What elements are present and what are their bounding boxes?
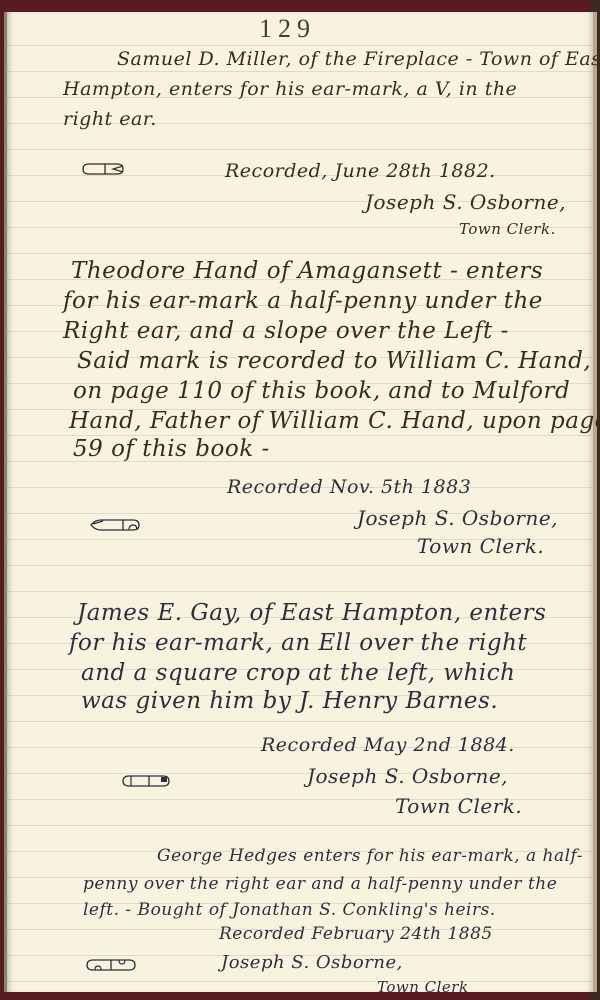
entry-1-line-3: right ear. [63, 108, 157, 130]
entry-4-line-3: left. - Bought of Jonathan S. Conkling's… [83, 900, 496, 920]
earmark-v-right-icon [81, 162, 125, 176]
entry-4-recorded-date: Recorded February 24th 1885 [219, 924, 493, 944]
entry-4-line-1: George Hedges enters for his ear-mark, a… [157, 846, 583, 866]
entry-4-line-2: penny over the right ear and a half-penn… [83, 874, 557, 894]
earmark-ell-crop-icon [121, 774, 165, 788]
entry-2-recorded-date: Recorded Nov. 5th 1883 [227, 476, 471, 498]
earmark-halfpenny-slope-icon [89, 518, 133, 532]
entry-1-signature: Joseph S. Osborne, [365, 190, 566, 214]
entry-2-line-7: 59 of this book - [73, 436, 270, 462]
entry-3-line-4: was given him by J. Henry Barnes. [81, 688, 498, 714]
entry-4-clerk-title: Town Clerk [377, 978, 469, 996]
entry-4-signature: Joseph S. Osborne, [221, 952, 403, 973]
entry-3-line-3: and a square crop at the left, which [81, 660, 515, 686]
ledger-page: 129 Samuel D. Miller, of the Fireplace -… [4, 12, 597, 992]
entry-2-line-1: Theodore Hand of Amagansett - enters [71, 258, 543, 284]
entry-3-line-1: James E. Gay, of East Hampton, enters [77, 600, 546, 626]
entry-3-line-2: for his ear-mark, an Ell over the right [69, 630, 527, 656]
entry-2-line-5: on page 110 of this book, and to Mulford [73, 378, 570, 404]
entry-2-line-4: Said mark is recorded to William C. Hand… [77, 348, 591, 374]
entry-2-line-6: Hand, Father of William C. Hand, upon pa… [69, 408, 600, 434]
entry-1-line-2: Hampton, enters for his ear-mark, a V, i… [63, 78, 517, 100]
entry-3-signature: Joseph S. Osborne, [307, 764, 508, 788]
entry-3-recorded-date: Recorded May 2nd 1884. [261, 734, 515, 756]
entry-2-line-3: Right ear, and a slope over the Left - [63, 318, 509, 344]
entry-1-line-1: Samuel D. Miller, of the Fireplace - Tow… [117, 48, 600, 70]
entry-2-clerk-title: Town Clerk. [417, 534, 544, 558]
page-number: 129 [259, 14, 316, 44]
entry-2-line-2: for his ear-mark a half-penny under the [63, 288, 543, 314]
entry-3-clerk-title: Town Clerk. [395, 794, 522, 818]
entry-2-signature: Joseph S. Osborne, [357, 506, 558, 530]
earmark-halfpenny-both-icon [85, 958, 129, 972]
entry-1-clerk-title: Town Clerk. [459, 220, 556, 238]
entry-1-recorded-date: Recorded, June 28th 1882. [225, 160, 496, 182]
